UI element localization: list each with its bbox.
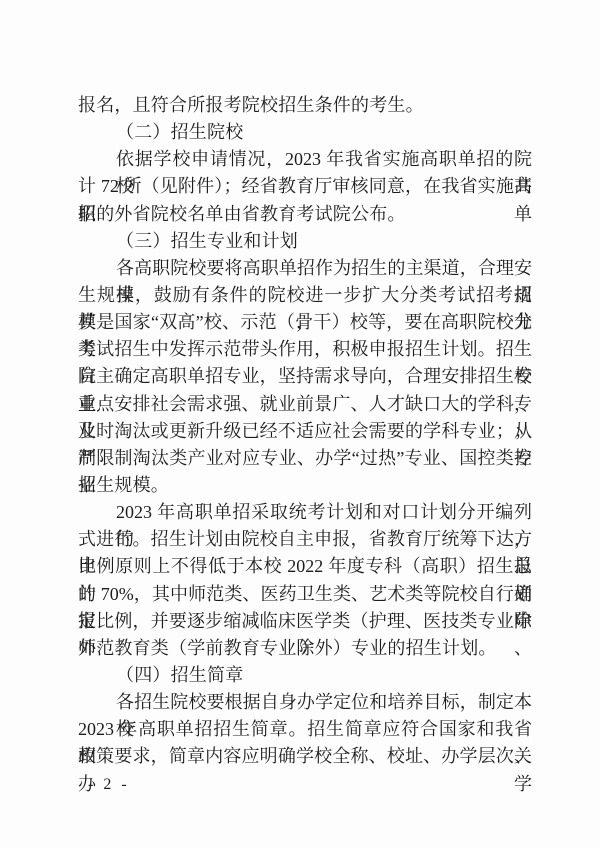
text-line: 的 70%，其中师范类、医药卫生类、艺术类等院校自行确定申 [78,581,532,608]
text-line: 各招生院校要根据自身办学定位和培养目标，制定本校 [78,689,532,716]
text-line: 依据学校申请情况，2023 年我省实施高职单招的院校共 [78,146,532,173]
text-line: 师范教育类（学前教育专业除外）专业的招生计划。 [78,635,532,662]
section-heading-2: （二）招生院校 [78,119,532,146]
text-line: 各高职院校要将高职单招作为招生的主渠道，合理安排招 [78,255,532,282]
page-number: - 2 - [88,776,130,794]
text-line: 2023 年高职单招招生简章。招生简章应符合国家和我省相关 [78,716,532,743]
text-line: 其是国家“双高”校、示范（骨干）校等，要在高职院校分类 [78,309,532,336]
document-page: 报名，且符合所报考院校招生条件的考生。 （二）招生院校 依据学校申请情况，202… [0,0,600,848]
document-body: 报名，且符合所报考院校招生条件的考生。 （二）招生院校 依据学校申请情况，202… [78,92,532,771]
text-line: 2023 年高职单招采取统考计划和对口计划分开编列的方 [78,499,532,526]
text-line: 报名，且符合所报考院校招生条件的考生。 [78,92,532,119]
text-line: 及时淘汰或更新升级已经不适应社会需要的学科专业；从严控 [78,418,532,445]
text-line: 招生规模。 [78,472,532,499]
text-line: 比例原则上不得低于本校 2022 年度专科（高职）招生总计划 [78,553,532,580]
text-line: 制限制淘汰类产业对应专业、办学“过热”专业、国控类专业 [78,445,532,472]
text-line: 考试招生中发挥示范带头作用，积极申报招生计划。招生院校 [78,336,532,363]
text-line: 生规模，鼓励有条件的院校进一步扩大分类考试招考规模，尤 [78,282,532,309]
text-line: 式进行。招生计划由院校自主申报，省教育厅统筹下达，申报 [78,526,532,553]
section-heading-4: （四）招生简章 [78,662,532,689]
text-line: 自主确定高职单招专业，坚持需求导向，合理安排招生专业， [78,363,532,390]
text-line: 重点安排社会需求强、就业前景广、人才缺口大的学科专业； [78,391,532,418]
section-heading-3: （三）招生专业和计划 [78,228,532,255]
text-line: 计 72 所（见附件）；经省教育厅审核同意，在我省实施高职单 [78,173,532,200]
text-line: 报比例，并要逐步缩减临床医学类（护理、医技类专业除外）、 [78,608,532,635]
text-line: 政策要求，简章内容应明确学校全称、校址、办学层次、办学 [78,743,532,770]
